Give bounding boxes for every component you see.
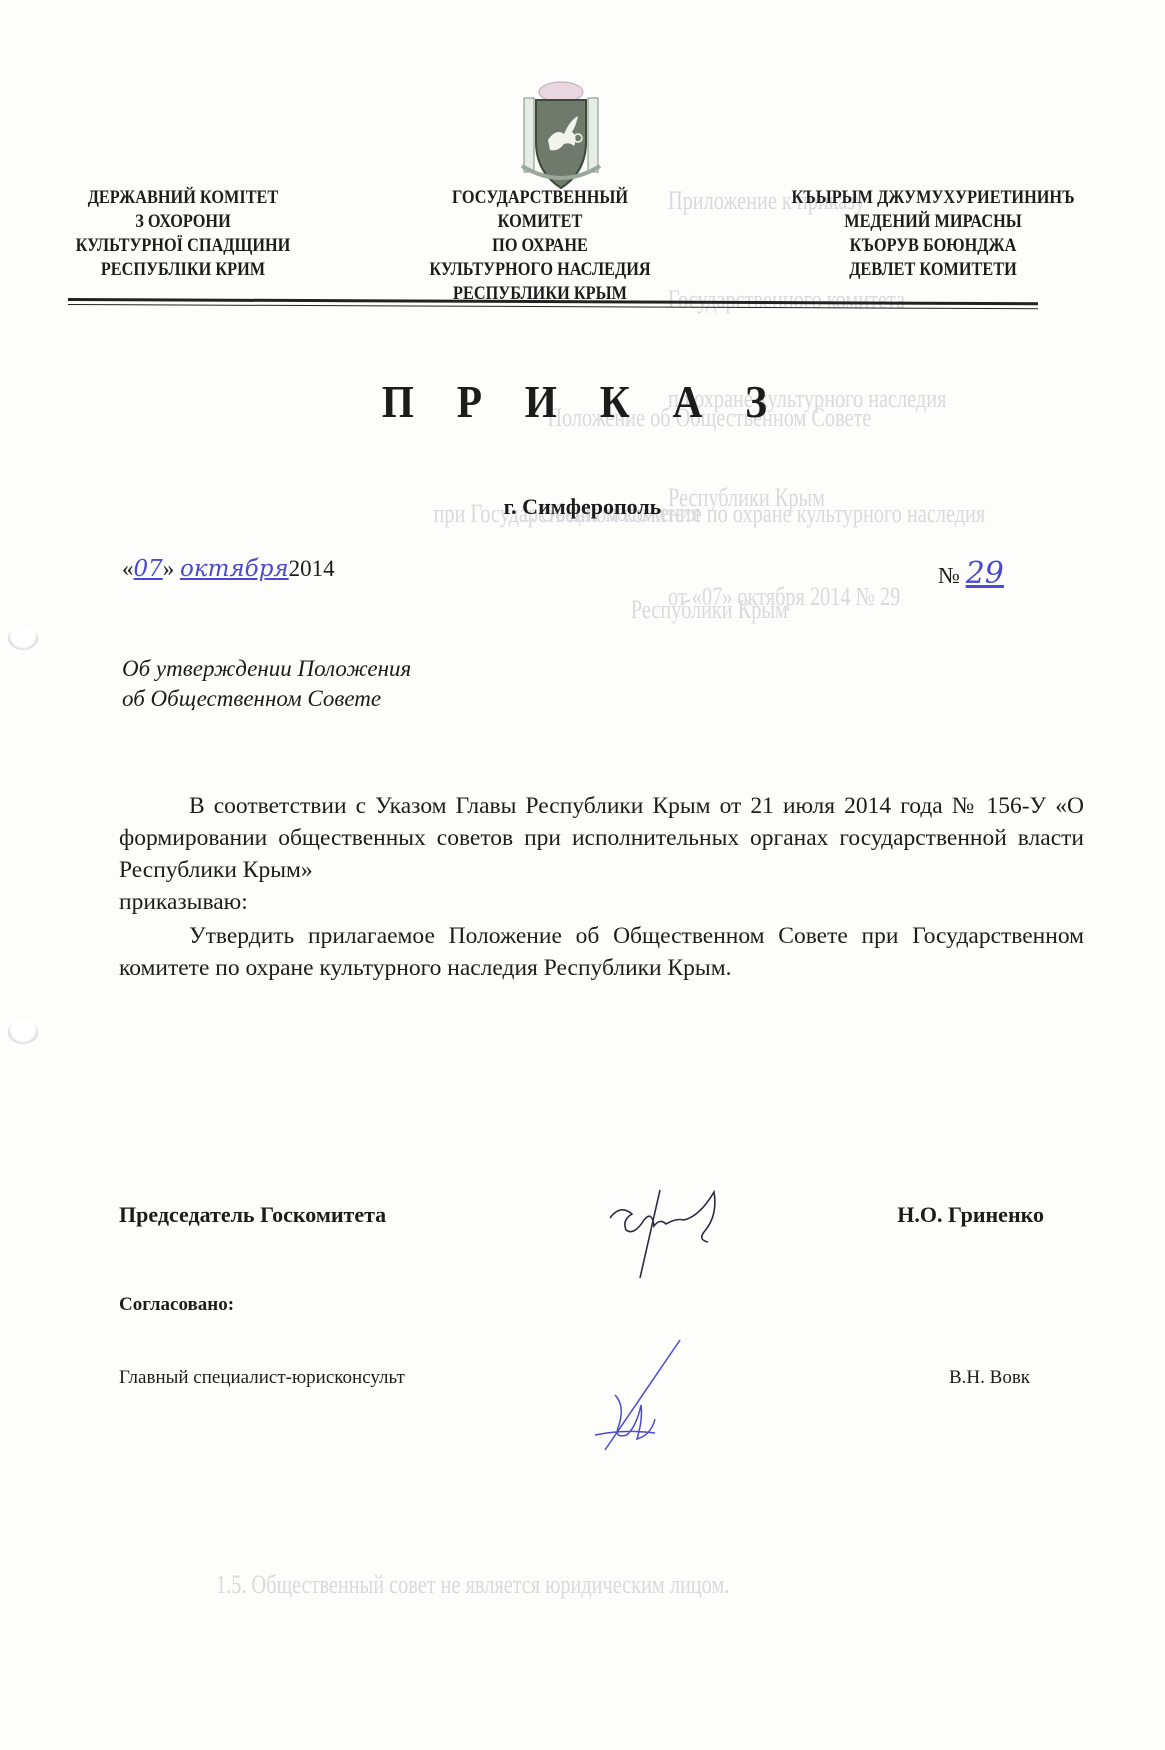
org-line: МЕДЕНИЙ МИРАСНЫ [753,210,1114,234]
subject-line: Об утверждении Положения [122,654,411,684]
date-year: 2014 [289,556,335,581]
crimea-coat-of-arms-icon [518,80,604,192]
ghost-line: Государственного комитета [668,283,946,316]
org-line: РЕСПУБЛІКИ КРИМ [73,258,293,282]
specialist-title: Главный специалист-юрисконсульт [119,1367,405,1389]
chairman-title: Председатель Госкомитета [119,1202,386,1228]
org-line: КУЛЬТУРНОГО НАСЛЕДИЯ [412,258,667,282]
chairman-name: Н.О. Гриненко [897,1202,1044,1228]
header-org-russian: ГОСУДАРСТВЕННЫЙ КОМИТЕТ ПО ОХРАНЕ КУЛЬТУ… [412,186,667,306]
ghost-line: Республики Крым [128,594,1165,626]
chairman-signature [590,1170,770,1280]
punch-hole-bottom [8,1020,38,1044]
punch-hole-top [8,626,38,650]
date-day: 07 [134,556,163,582]
order-word: приказываю: [119,886,1084,918]
subject-line: об Общественном Совете [122,684,411,714]
number-label: № [938,563,960,588]
specialist-signature [585,1335,705,1465]
bleed-through-last-line: 1.5. Общественный совет не является юрид… [216,1566,729,1605]
org-line: ДЕРЖАВНИЙ КОМІТЕТ [73,186,293,210]
order-paragraph: Утвердить прилагаемое Положение об Общес… [119,920,1084,984]
org-line: ГОСУДАРСТВЕННЫЙ КОМИТЕТ [412,186,667,234]
document-city: г. Симферополь [0,494,1165,520]
date-open-quote: « [122,556,134,581]
document-date: «07» октября2014 [122,556,335,582]
document-body: В соответствии с Указом Главы Республики… [119,790,1084,984]
document-title: П Р И К А З [58,375,1107,428]
document-subject: Об утверждении Положения об Общественном… [122,654,411,714]
header-org-ukrainian: ДЕРЖАВНИЙ КОМІТЕТ З ОХОРОНИ КУЛЬТУРНОЇ С… [73,186,293,282]
org-line: КУЛЬТУРНОЇ СПАДЩИНИ [73,234,293,258]
org-line: КЪЫРЫМ ДЖУМУХУРИЕТИНИНЪ [753,186,1114,210]
org-line: ДЕВЛЕТ КОМИТЕТИ [753,258,1114,282]
specialist-name: В.Н. Вовк [949,1367,1030,1389]
date-month: октября [180,556,289,582]
org-line: ПО ОХРАНЕ [412,234,667,258]
org-line: КЪОРУВ БОЮНДЖА [753,234,1114,258]
preamble-paragraph: В соответствии с Указом Главы Республики… [119,790,1084,886]
org-line: З ОХОРОНИ [73,210,293,234]
date-close-quote: » [163,556,175,581]
document-number: № 29 [938,556,1032,591]
number-value: 29 [966,556,1032,591]
header-org-crimean-tatar: КЪЫРЫМ ДЖУМУХУРИЕТИНИНЪ МЕДЕНИЙ МИРАСНЫ … [753,186,1114,282]
agreed-label: Согласовано: [119,1294,234,1316]
